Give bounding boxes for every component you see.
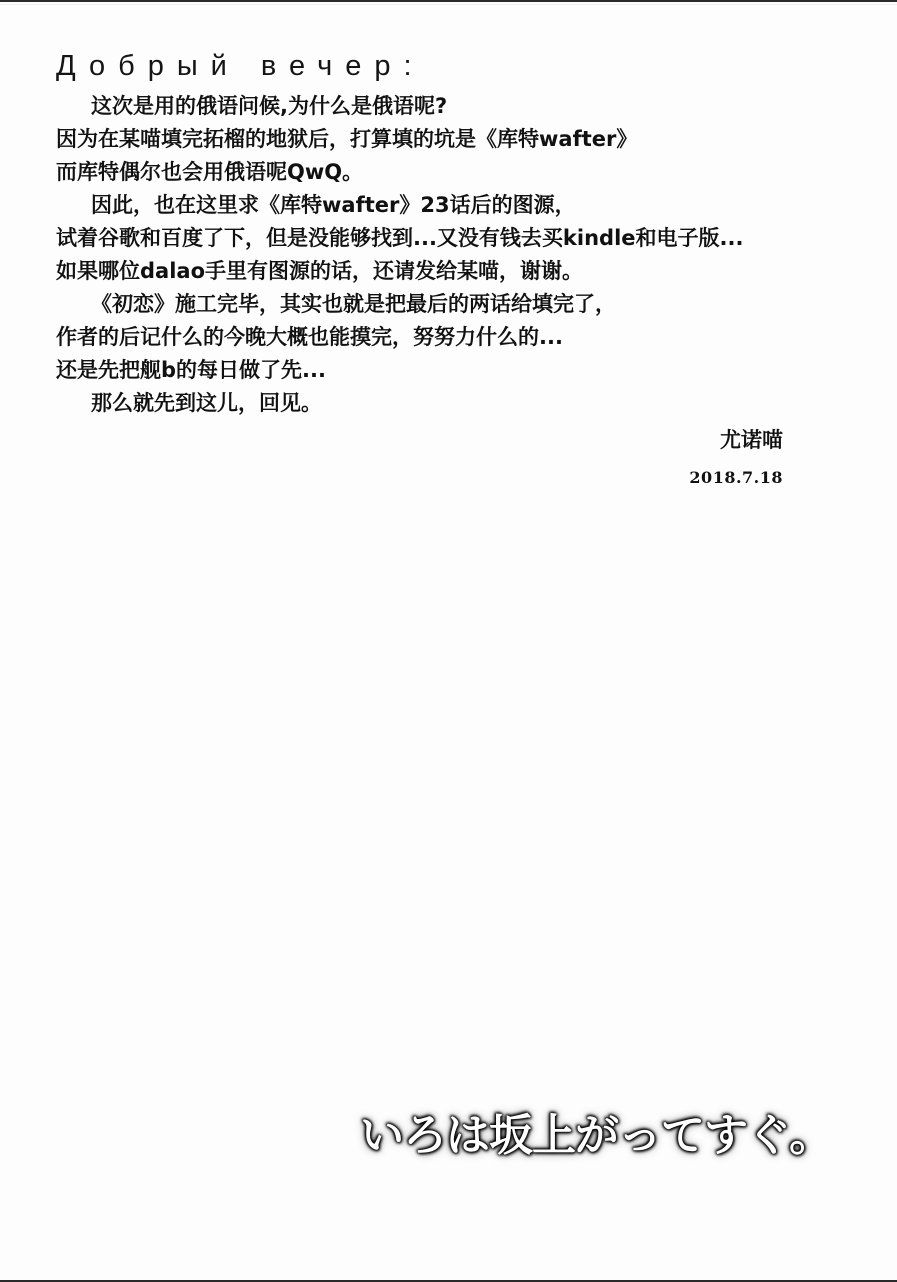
note-line: 因为在某喵填完拓榴的地狱后，打算填的坑是《库特wafter》 xyxy=(56,123,886,156)
note-line: 还是先把舰b的每日做了先... xyxy=(56,354,886,387)
note-line: 作者的后记什么的今晚大概也能摸完，努努力什么的... xyxy=(56,321,886,354)
signature: 尤诺喵 xyxy=(720,424,783,457)
note-body: 这次是用的俄语问候,为什么是俄语呢? 因为在某喵填完拓榴的地狱后，打算填的坑是《… xyxy=(56,90,886,420)
greeting-heading: Добрый вечер: xyxy=(56,48,425,84)
note-line: 那么就先到这儿，回见。 xyxy=(56,387,886,420)
note-line: 《初恋》施工完毕，其实也就是把最后的两话给填完了， xyxy=(56,288,886,321)
note-line: 因此，也在这里求《库特wafter》23话后的图源， xyxy=(56,189,886,222)
note-line: 而库特偶尔也会用俄语呢QwQ。 xyxy=(56,156,886,189)
note-line: 这次是用的俄语问候,为什么是俄语呢? xyxy=(56,90,886,123)
top-faint-line xyxy=(0,4,897,5)
date-stamp: 2018.7.18 xyxy=(689,467,783,489)
series-logo: いろは坂上がってすぐ。 xyxy=(360,1100,800,1172)
note-line: 试着谷歌和百度了下，但是没能够找到...又没有钱去买kindle和电子版... xyxy=(56,222,886,255)
note-line: 如果哪位dalao手里有图源的话，还请发给某喵，谢谢。 xyxy=(56,255,886,288)
top-border xyxy=(0,0,897,2)
